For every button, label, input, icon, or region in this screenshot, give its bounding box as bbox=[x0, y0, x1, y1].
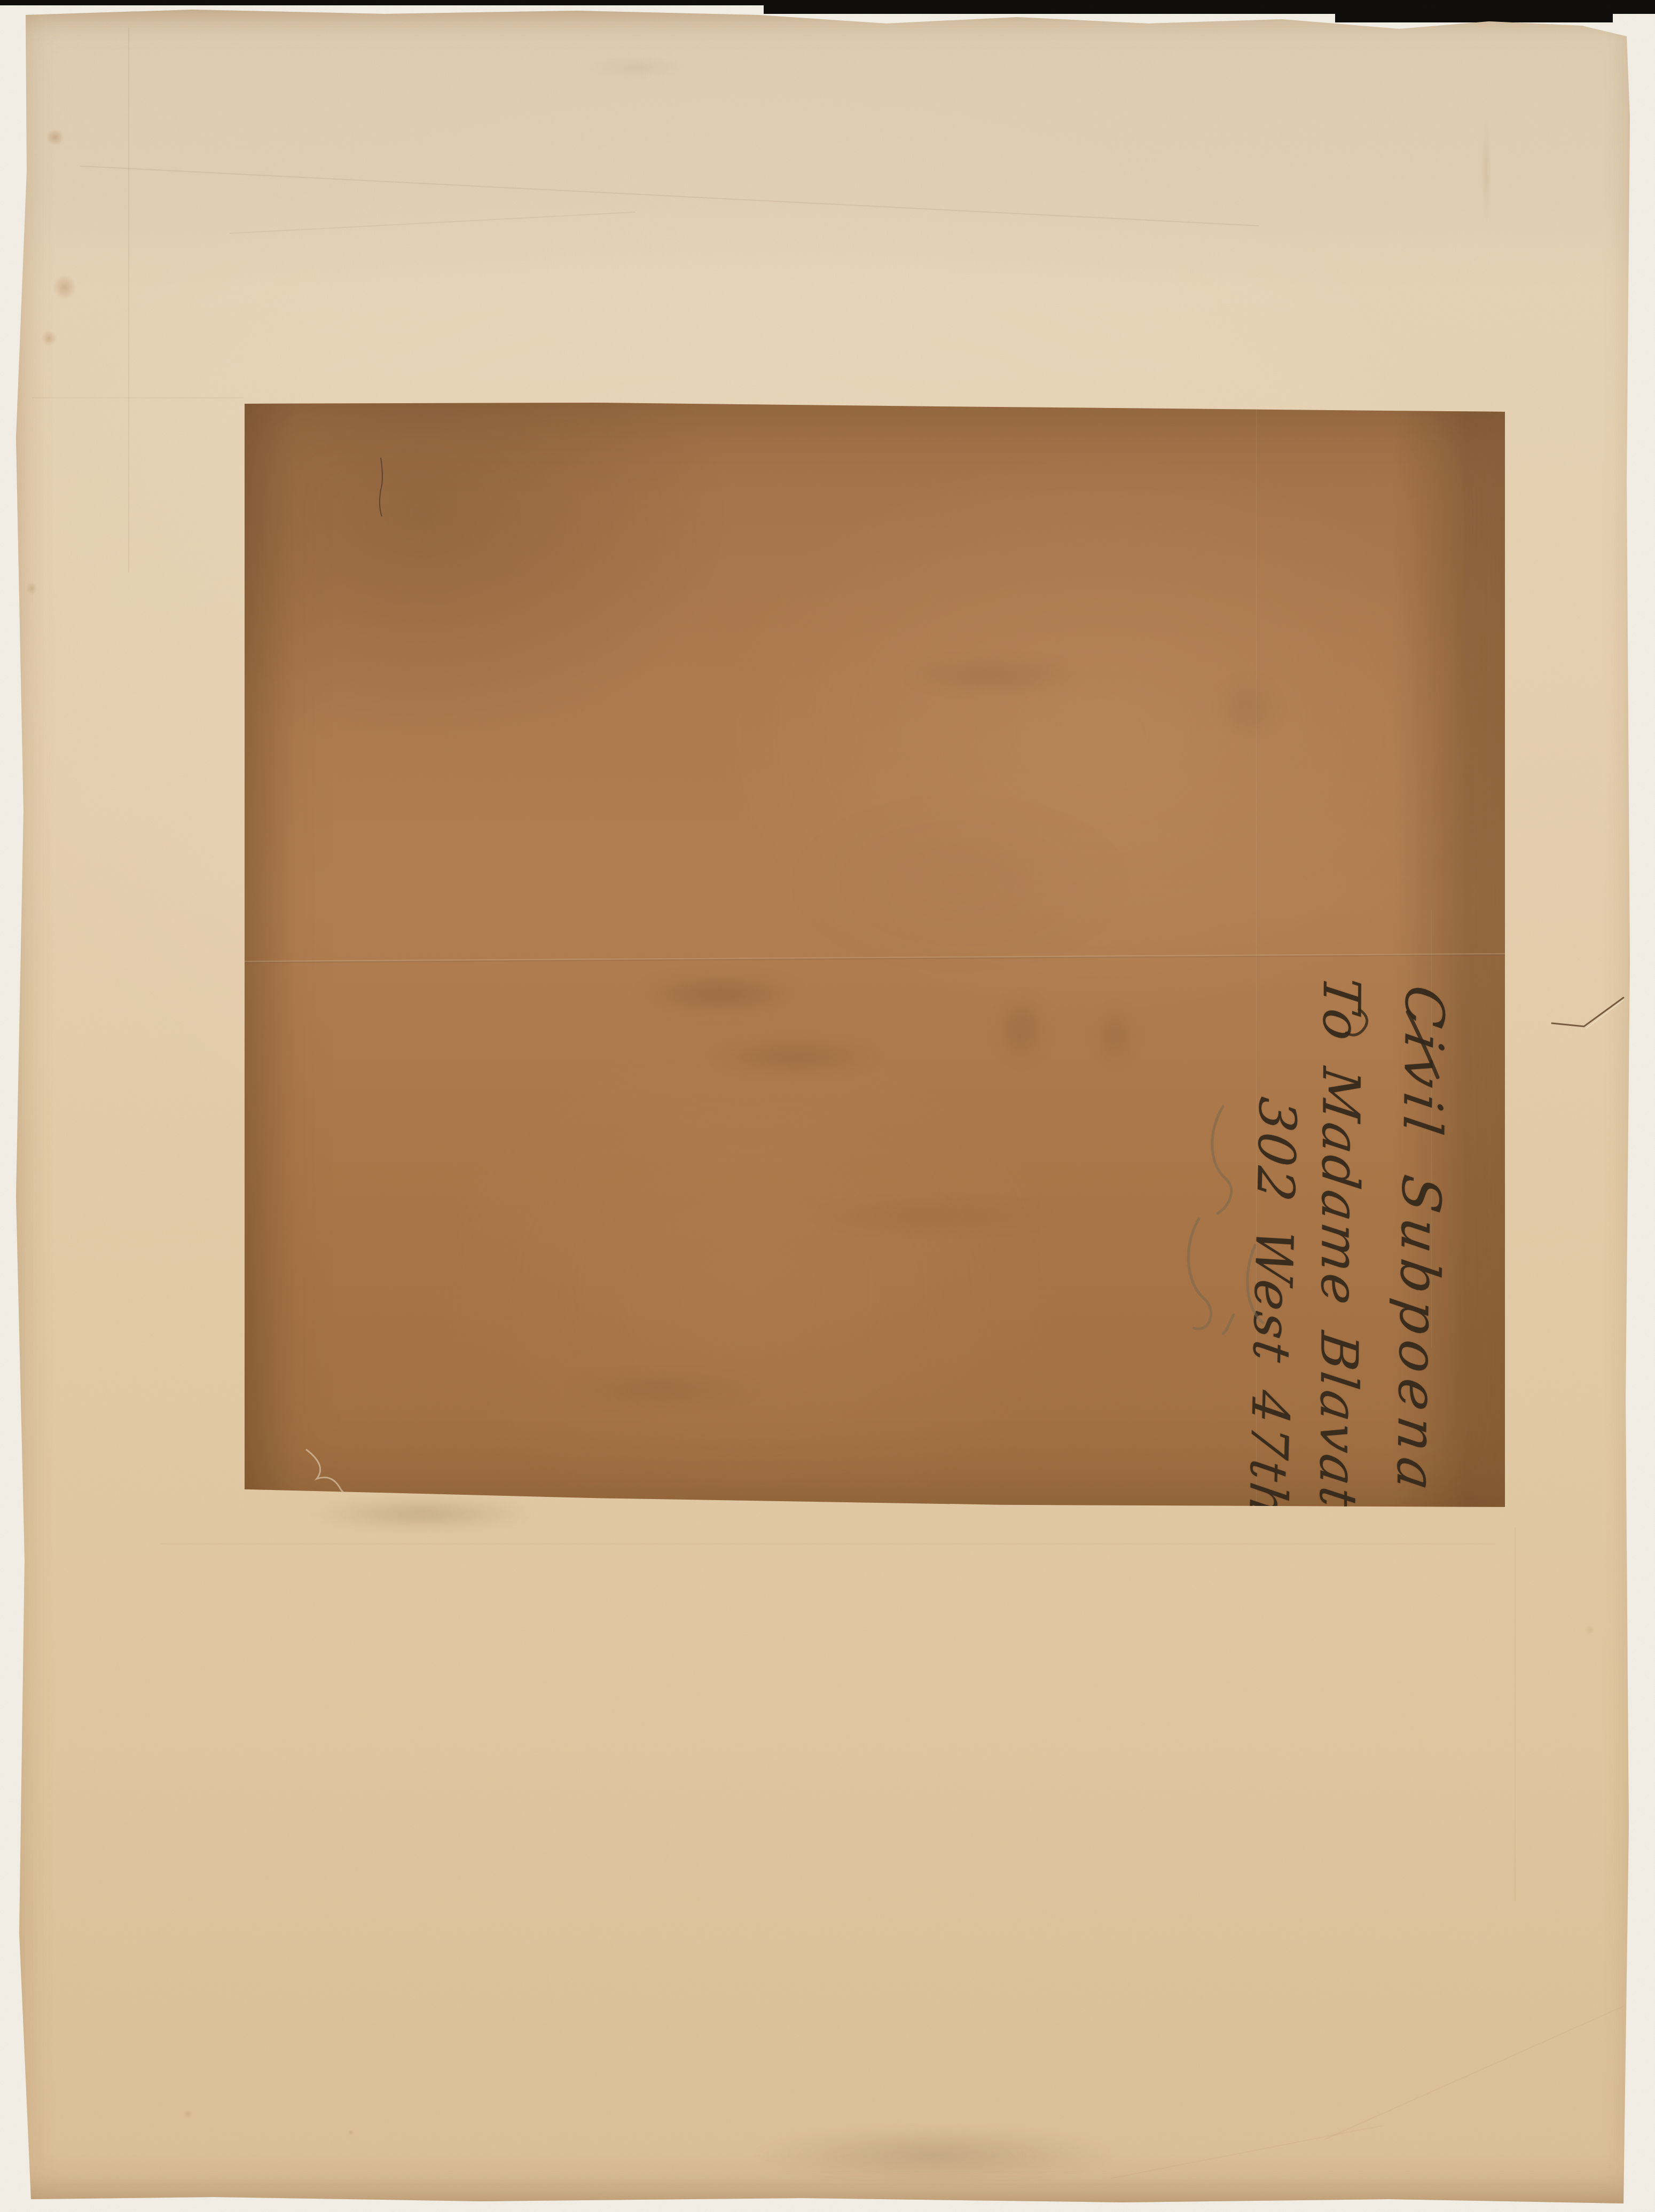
scanned-page: Civil Subpoena To Madame Blavatsky 302 W… bbox=[0, 0, 1655, 2212]
grain-overlay bbox=[0, 0, 1655, 2212]
